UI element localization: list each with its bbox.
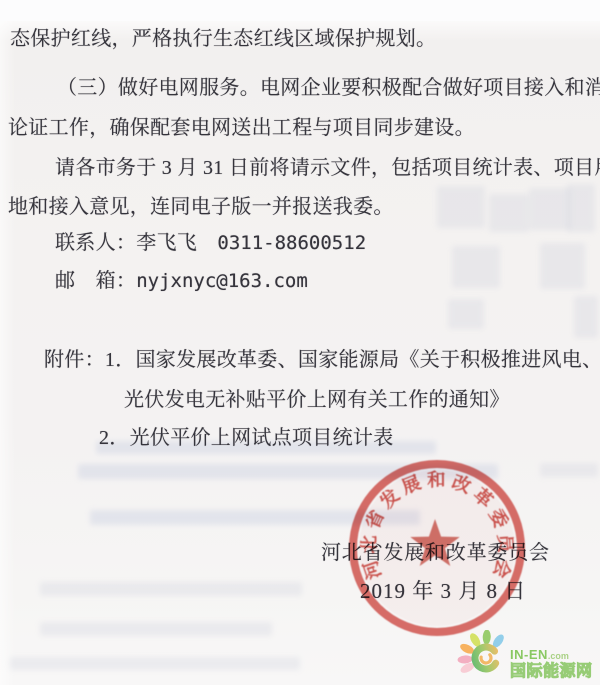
body-line: 地和接入意见，连同电子版一并报送我委。	[8, 195, 394, 219]
body-line: 态保护红线，严格执行生态红线区域保护规划。	[10, 27, 436, 51]
bleed-through-block	[567, 184, 595, 232]
attachment-line: 附件：1．国家发展改革委、国家能源局《关于积极推进风电、	[44, 348, 600, 372]
email-line: 邮 箱：nyjxnyc@163.com	[55, 269, 308, 293]
brand-suffix: .com	[548, 651, 569, 661]
bleed-through-block	[437, 186, 485, 228]
bleed-through-line	[40, 582, 302, 596]
bleed-through-block	[540, 243, 585, 289]
scanned-document-page: 态保护红线，严格执行生态红线区域保护规划。 （三）做好电网服务。电网企业要积极配…	[0, 0, 600, 685]
bleed-through-block	[452, 246, 500, 288]
email-label: 邮 箱：	[55, 270, 136, 292]
body-line: （三）做好电网服务。电网企业要积极配合做好项目接入和消纳	[57, 76, 600, 100]
attachment-line: 光伏发电无补贴平价上网有关工作的通知》	[124, 388, 510, 412]
attachment-line: 2．光伏平价上网试点项目统计表	[99, 426, 394, 450]
logo-swirl-inner	[479, 651, 493, 665]
brand-line: IN-EN.com	[510, 647, 593, 663]
contact-phone: 0311-88600512	[217, 232, 366, 254]
site-name: 国际能源网	[510, 664, 593, 680]
contact-line: 联系人：李飞飞 0311-88600512	[55, 231, 366, 255]
bleed-through-block	[448, 299, 484, 329]
bleed-through-block	[529, 188, 571, 230]
body-line: 请各市务于 3 月 31 日前将请示文件，包括项目统计表、项目用	[55, 156, 600, 180]
logo-swirl	[471, 643, 501, 673]
watermark-logo: IN-EN.com 国际能源网	[456, 630, 598, 682]
spacer	[197, 232, 217, 254]
contact-label: 联系人：李飞飞	[55, 232, 197, 254]
bleed-through-line	[10, 657, 300, 670]
top-margin-band	[0, 0, 600, 21]
body-line: 论证工作，确保配套电网送出工程与项目同步建设。	[8, 116, 475, 140]
brand-text: IN-EN	[510, 647, 548, 662]
email-address: nyjxnyc@163.com	[136, 270, 308, 292]
bleed-through-block	[574, 296, 598, 338]
bleed-through-line	[540, 463, 598, 477]
bleed-through-block	[489, 194, 529, 232]
logo-flower-icon	[456, 630, 508, 682]
bleed-through-line	[40, 622, 272, 636]
official-seal: 河北省发展和改革委员会	[347, 458, 527, 638]
